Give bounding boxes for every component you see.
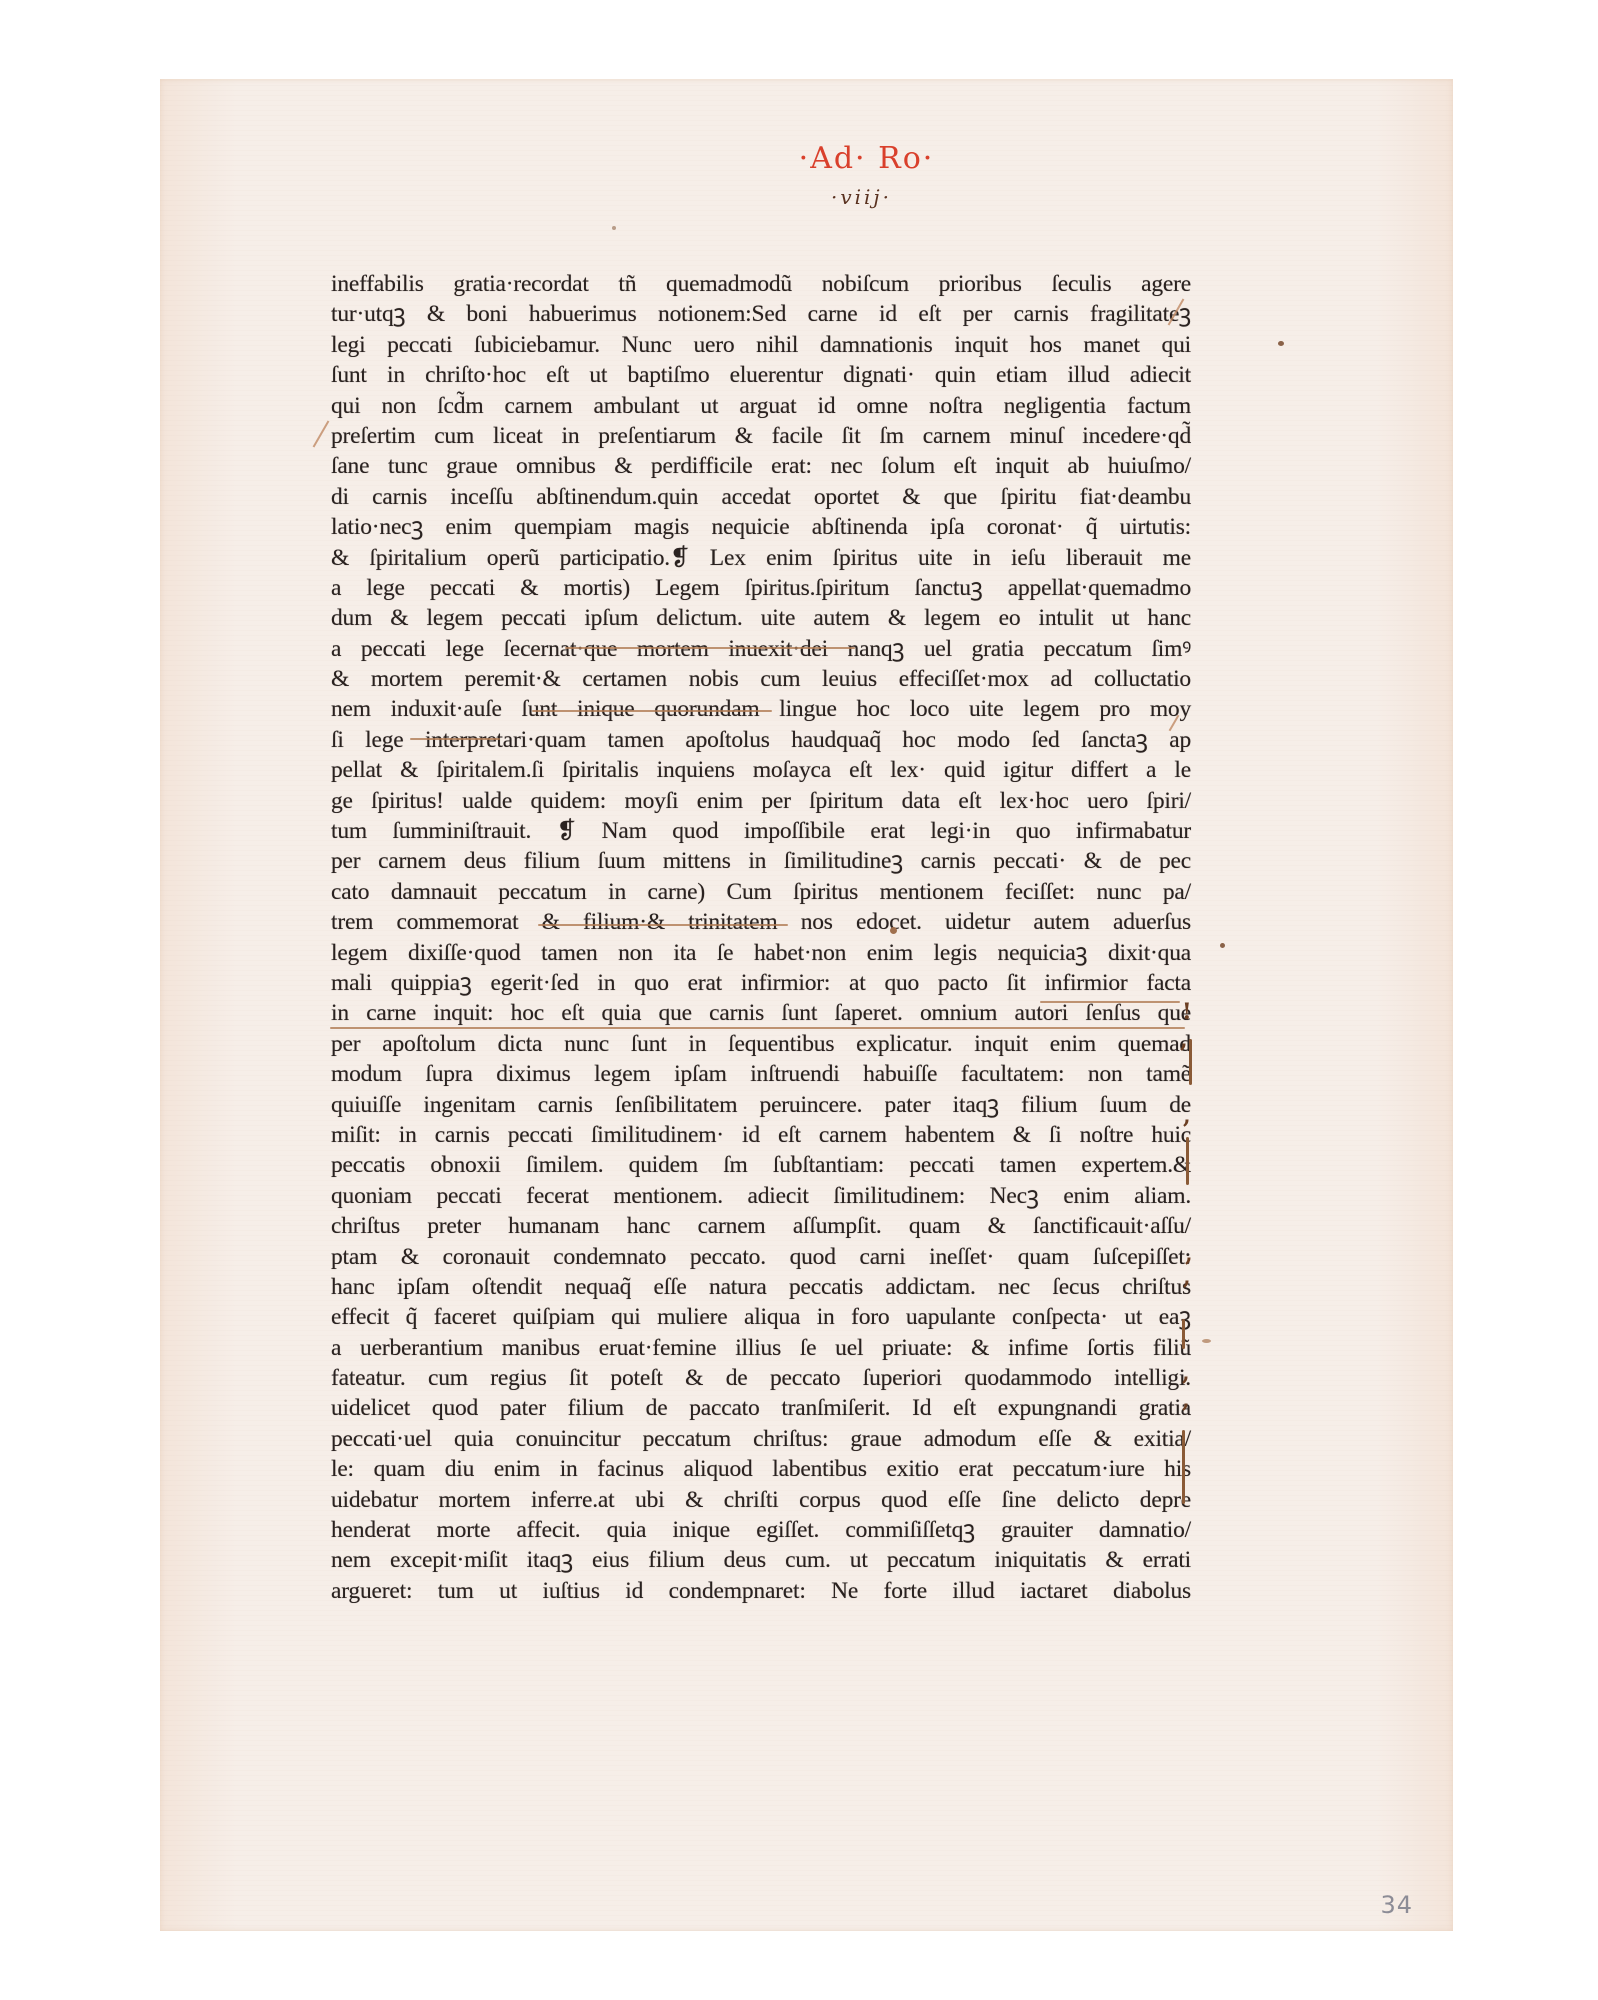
text-line: chriſtus preter humanam hanc carnem aſſu… <box>331 1211 1191 1241</box>
text-block: ineffabilis gratia·recordat tñ quemadmod… <box>331 269 1191 1606</box>
underline-annotation <box>565 647 855 649</box>
text-line: argueret: tum ut iuſtius id condempnaret… <box>331 1576 1191 1606</box>
text-line: effecit q̃ faceret quiſpiam qui muliere … <box>331 1302 1191 1332</box>
text-line: qui non ſcd̃m carnem ambulant ut arguat … <box>331 391 1191 421</box>
text-line: per apoſtolum dicta nunc ſunt in ſequent… <box>331 1029 1191 1059</box>
text-line: peccatis obnoxii ſimilem. quidem ſm ſubſ… <box>331 1150 1191 1180</box>
underline-annotation <box>330 1027 1185 1029</box>
page-number: 34 <box>1380 1891 1413 1919</box>
text-line: quoniam peccati fecerat mentionem. adiec… <box>331 1181 1191 1211</box>
text-line: le: quam diu enim in facinus aliquod lab… <box>331 1454 1191 1484</box>
text-line: preſertim cum liceat in preſentiarum & f… <box>331 421 1191 451</box>
text-line: legem dixiſſe·quod tamen non ita ſe habe… <box>331 938 1191 968</box>
text-line: ſunt in chriſto·hoc eſt ut baptiſmo elue… <box>331 360 1191 390</box>
text-line: cato damnauit peccatum in carne) Cum ſpi… <box>331 877 1191 907</box>
text-line: legi peccati ſubiciebamur. Nunc uero nih… <box>331 330 1191 360</box>
text-line: fateatur. cum regius ſit poteſt & de pec… <box>331 1363 1191 1393</box>
text-line: miſit: in carnis peccati ſimilitudinem· … <box>331 1120 1191 1150</box>
text-line: ineffabilis gratia·recordat tñ quemadmod… <box>331 269 1191 299</box>
margin-mark: , <box>1182 1360 1190 1386</box>
foxing-spot <box>1220 943 1225 948</box>
margin-bracket <box>1189 1039 1192 1085</box>
margin-bracket <box>1182 1319 1185 1349</box>
text-line: peccati·uel quia conuincitur peccatum ch… <box>331 1424 1191 1454</box>
text-line: trem commemorat & filium·& trinitatem no… <box>331 907 1191 937</box>
text-line: tur·utqꝫ & boni habuerimus notionem:Sed … <box>331 299 1191 329</box>
text-line: nem excepit·miſit itaqꝫ eius filium deus… <box>331 1545 1191 1575</box>
text-line: hanc ipſam oſtendit nequaq̃ eſſe natura … <box>331 1272 1191 1302</box>
text-line: a uerberantium manibus eruat·femine illi… <box>331 1333 1191 1363</box>
text-line: ſane tunc graue omnibus & perdifficile e… <box>331 451 1191 481</box>
margin-bracket <box>1186 1137 1189 1185</box>
text-line: a lege peccati & mortis) Legem ſpiritus.… <box>331 573 1191 603</box>
underline-annotation <box>532 710 772 712</box>
margin-bracket <box>1182 1430 1185 1504</box>
text-line: uidebatur mortem inferre.at ubi & chriſt… <box>331 1485 1191 1515</box>
text-line: dum & legem peccati ipſum delictum. uite… <box>331 603 1191 633</box>
text-line: pellat & ſpiritalem.ſi ſpiritalis inquie… <box>331 755 1191 785</box>
text-line: tum ſumminiſtrauit. ❡ Nam quod impoſſibi… <box>331 816 1191 846</box>
foxing-spot <box>890 927 897 934</box>
running-head: ·Ad· Ro· <box>280 141 1453 176</box>
text-line: di carnis inceſſu abſtinendum.quin acced… <box>331 482 1191 512</box>
text-line: latio·necꝫ enim quempiam magis nequicie … <box>331 512 1191 542</box>
text-line: mali quippiaꝫ egerit·ſed in quo erat inf… <box>331 968 1191 998</box>
underline-annotation <box>538 924 788 926</box>
manuscript-leaf: ·Ad· Ro· ·viij· ineffabilis gratia·recor… <box>160 79 1453 1931</box>
margin-mark: , <box>1183 1264 1191 1290</box>
text-line: henderat morte affecit. quia inique egiſ… <box>331 1515 1191 1545</box>
underline-annotation <box>410 738 500 740</box>
foxing-spot <box>1202 1339 1211 1343</box>
margin-mark: ! <box>1182 999 1192 1025</box>
text-line: uidelicet quod pater filium de paccato t… <box>331 1393 1191 1423</box>
text-line: quiuiſſe ingenitam carnis ſenſibilitatem… <box>331 1090 1191 1120</box>
text-line: ſi lege interpretari·quam tamen apoſtolu… <box>331 725 1191 755</box>
margin-mark: , <box>1183 1103 1191 1129</box>
underline-annotation <box>1040 1001 1180 1003</box>
margin-mark: , <box>1182 1387 1190 1413</box>
pen-stroke <box>313 421 330 448</box>
text-line: & mortem peremit·& certamen nobis cum le… <box>331 664 1191 694</box>
folio-mark: ·viij· <box>270 185 1453 209</box>
foxing-spot <box>612 226 616 230</box>
text-line: ge ſpiritus! ualde quidem: moyſi enim pe… <box>331 786 1191 816</box>
text-line: per carnem deus filium ſuum mittens in ſ… <box>331 846 1191 876</box>
text-line: modum ſupra diximus legem ipſam inſtruen… <box>331 1059 1191 1089</box>
foxing-spot <box>1278 341 1284 346</box>
text-line: & ſpiritalium operũ participatio.❡ Lex e… <box>331 543 1191 573</box>
margin-mark: , <box>1180 1027 1188 1053</box>
text-line: ptam & coronauit condemnato peccato. quo… <box>331 1242 1191 1272</box>
